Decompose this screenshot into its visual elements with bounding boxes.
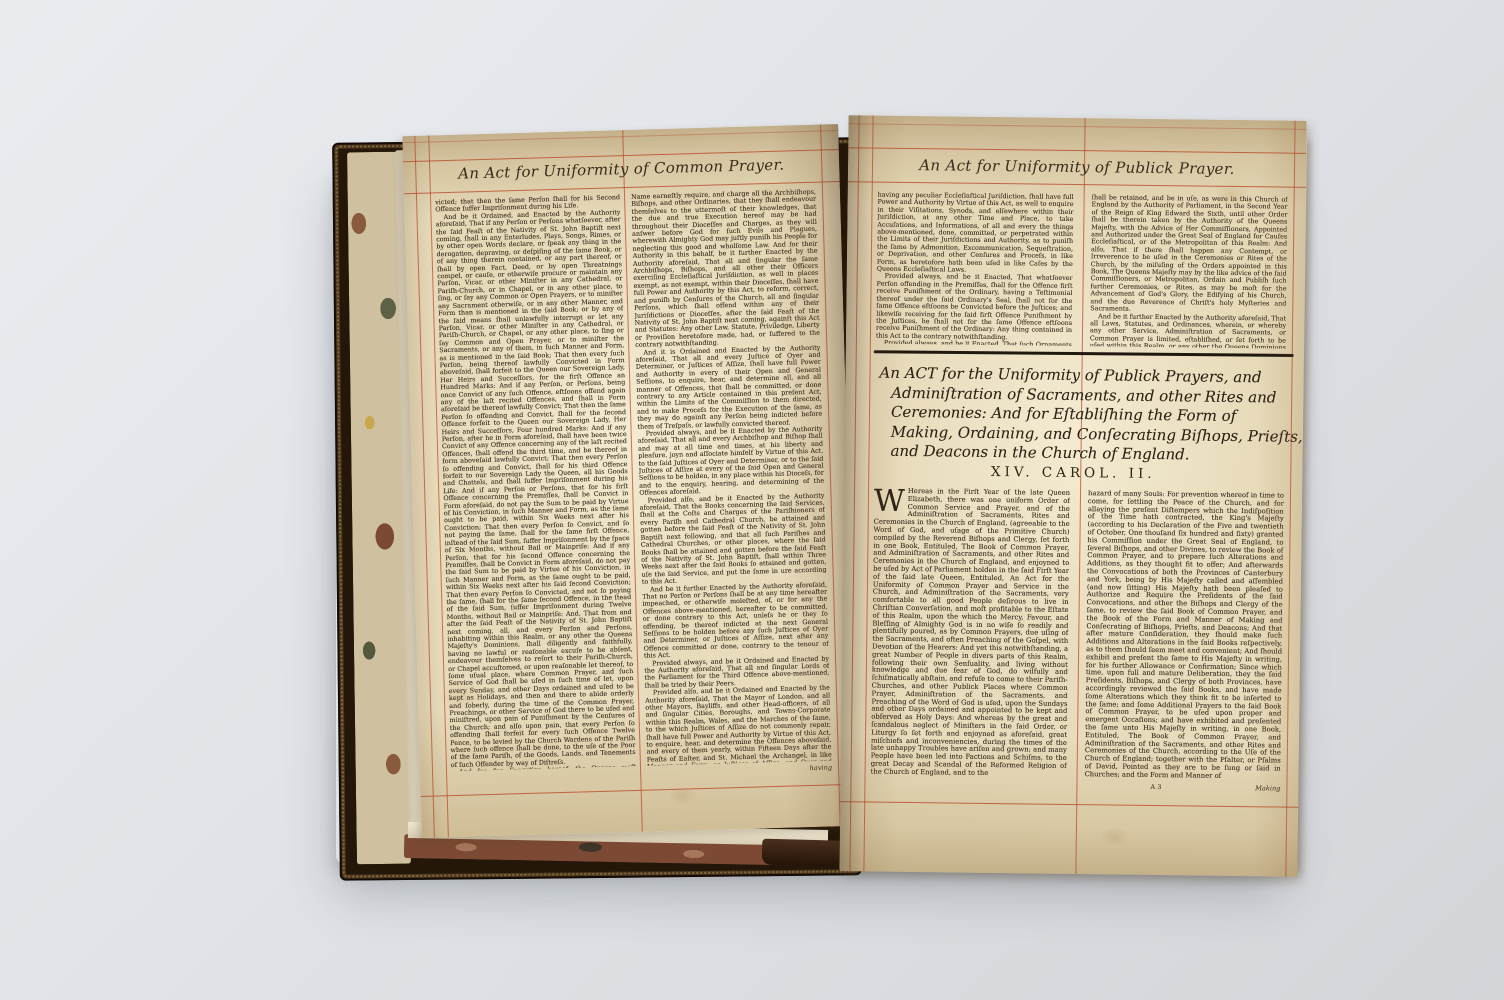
red-rule-horizontal xyxy=(849,123,1307,130)
drop-cap-letter: W xyxy=(874,489,905,514)
paragraph: And be it further Enacted by the Authori… xyxy=(642,581,829,660)
signature-mark: A 3 xyxy=(1150,783,1161,791)
photo-background: An Act for Uniformity of Common Prayer. … xyxy=(0,0,1504,1000)
paragraph: Provided alſo, and be it Ordained and En… xyxy=(645,685,832,766)
preamble-text: Hereas in the Firſt Year of the late Que… xyxy=(871,488,1071,777)
red-rule-horizontal xyxy=(402,130,838,143)
red-rule-horizontal xyxy=(848,181,1306,188)
paragraph: Provided alſo, and be it Enacted by the … xyxy=(639,492,826,586)
right-running-head: An Act for Uniformity of Publick Prayer. xyxy=(848,155,1306,179)
preamble-continuation-text: hazard of many Souls: For prevention whe… xyxy=(1085,490,1285,779)
right-page-lower-column-1: WHereas in the Firſt Year of the late Qu… xyxy=(871,488,1071,778)
right-page-top-column-1: having any peculiar Eccleſiaſtical Juriſ… xyxy=(876,192,1074,346)
red-rule-horizontal xyxy=(840,801,1298,808)
paragraph: having any peculiar Eccleſiaſtical Juriſ… xyxy=(877,192,1074,276)
paragraph: Provided always, and be it Enacted by th… xyxy=(638,426,825,498)
act-title: An ACT for the Uniformity of Publick Pra… xyxy=(878,364,1303,463)
section-divider-rule xyxy=(874,350,1294,357)
right-page-lower-column-2: hazard of many Souls: For prevention whe… xyxy=(1085,490,1285,780)
left-page: An Act for Uniformity of Common Prayer. … xyxy=(402,124,857,838)
red-rule-vertical xyxy=(849,115,860,871)
paragraph: Name earneſtly require, and charge all t… xyxy=(631,189,820,350)
red-rule-horizontal xyxy=(421,784,857,797)
left-page-column-2: Name earneſtly require, and charge all t… xyxy=(631,189,832,766)
paragraph: And be it Ordained, and Enacted by the A… xyxy=(435,209,635,769)
left-page-column-1: victed; that then the ſame Perſon ſhall … xyxy=(435,194,636,771)
right-page: An Act for Uniformity of Publick Prayer.… xyxy=(839,115,1306,877)
paragraph: Provided always, and be it Enacted, That… xyxy=(876,273,1073,342)
signature-row: A 3 Making xyxy=(1084,782,1280,792)
paragraph: And it is Ordained and Enacted by the Au… xyxy=(635,344,822,431)
left-page-catchword: having xyxy=(647,763,832,776)
right-page-top-column-2: ſhall be retained, and be in uſe, as wer… xyxy=(1090,194,1288,348)
paragraph: And be it further Enacted by the Authori… xyxy=(1090,313,1286,349)
paragraph: ſhall be retained, and be in uſe, as wer… xyxy=(1090,194,1287,315)
paragraph: Provided always, and be it Enacted, That… xyxy=(876,340,1072,346)
right-page-catchword: Making xyxy=(1255,784,1280,792)
red-rule-horizontal xyxy=(848,147,1306,154)
regnal-year-line: XIV. CAROL. II. xyxy=(844,462,1302,484)
